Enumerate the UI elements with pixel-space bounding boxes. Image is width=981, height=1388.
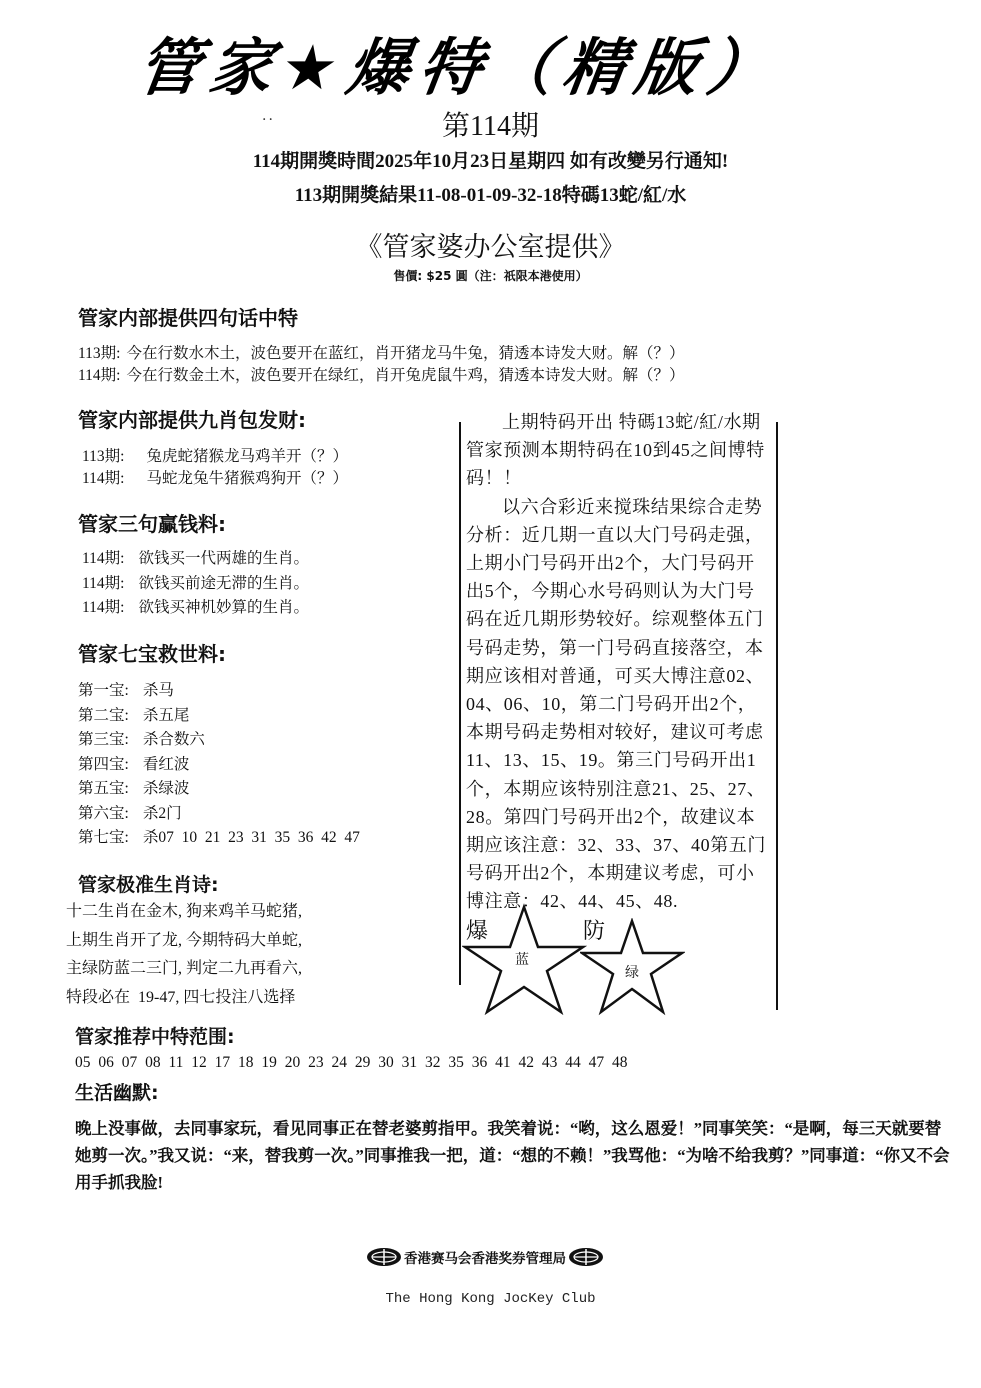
poem-line: 十二生肖在金木, 狗来鸡羊马蛇猪, bbox=[66, 898, 302, 927]
item-text: 今在行数水木土，波色要开在蓝红，肖开猪龙马牛兔，猜透本诗发大财。解（？） bbox=[126, 343, 684, 365]
item-text: 马蛇龙兔牛猪猴鸡狗开（？） bbox=[146, 468, 348, 490]
issue-label: 113期: bbox=[78, 343, 120, 365]
section-heading-three-lines: 管家三句赢钱料: bbox=[78, 508, 226, 537]
issue-label: 114期: bbox=[82, 468, 124, 490]
issue-label: 114期: bbox=[78, 365, 120, 387]
treasure-label: 第一宝: bbox=[78, 679, 129, 704]
analysis-text: 上期特码开出 特碼13蛇/紅/水期管家预测本期特码在10到45之间博特码！！ 以… bbox=[466, 408, 771, 916]
treasure-text: 看红波 bbox=[143, 753, 190, 778]
treasure-label: 第六宝: bbox=[78, 802, 129, 827]
section-heading-nine-zodiac: 管家内部提供九肖包发财: bbox=[78, 404, 306, 433]
section-heading-humor: 生活幽默: bbox=[75, 1078, 159, 1105]
recommended-numbers: 05 06 07 08 11 12 17 18 19 20 23 24 29 3… bbox=[75, 1054, 628, 1072]
footer-logo-row: 香港赛马会香港奖券管理局 bbox=[325, 1247, 645, 1267]
footer-org-en: The Hong Kong JocKey Club bbox=[0, 1291, 981, 1307]
four-lines-list: 113期: 今在行数水木土，波色要开在蓝红，肖开猪龙马牛兔，猜透本诗发大财。解（… bbox=[78, 343, 685, 387]
list-item: 第一宝: 杀马 bbox=[78, 679, 360, 704]
list-item: 第二宝: 杀五尾 bbox=[78, 704, 360, 729]
poem-line: 上期生肖开了龙, 今期特码大单蛇, bbox=[66, 927, 302, 956]
last-draw-result: 113期開獎結果11-08-01-09-32-18特碼13蛇/紅/水 bbox=[0, 180, 981, 207]
provider-title: 《管家婆办公室提供》 bbox=[0, 225, 981, 264]
fang-color: 绿 bbox=[625, 962, 639, 982]
item-text: 兔虎蛇猪猴龙马鸡羊开（？） bbox=[146, 446, 348, 468]
list-item: 114期: 今在行数金土木，波色要开在绿红，肖开兔虎鼠牛鸡，猜透本诗发大财。解（… bbox=[78, 365, 685, 387]
treasure-text: 杀2门 bbox=[143, 802, 182, 827]
list-item: 114期: 欲钱买神机妙算的生肖。 bbox=[82, 596, 309, 621]
list-item: 114期: 欲钱买一代两雄的生肖。 bbox=[82, 547, 309, 572]
treasure-label: 第五宝: bbox=[78, 777, 129, 802]
treasure-text: 杀07 10 21 23 31 35 36 42 47 bbox=[143, 826, 360, 851]
humor-text: 晚上没事做，去同事家玩，看见同事正在替老婆剪指甲。我笑着说：“哟，这么恩爱！”同… bbox=[75, 1115, 955, 1196]
poem-line: 主绿防蓝二三门, 判定二九再看六, bbox=[66, 955, 302, 984]
bao-color: 蓝 bbox=[515, 949, 529, 969]
draw-time-notice: 114期開獎時間2025年10月23日星期四 如有改變另行通知! bbox=[0, 146, 981, 173]
treasure-text: 杀合数六 bbox=[143, 728, 205, 753]
list-item: 114期: 马蛇龙兔牛猪猴鸡狗开（？） bbox=[82, 468, 348, 490]
issue-label: 114期: bbox=[82, 547, 124, 572]
list-item: 第六宝: 杀2门 bbox=[78, 802, 360, 827]
treasure-text: 杀马 bbox=[143, 679, 174, 704]
list-item: 113期: 兔虎蛇猪猴龙马鸡羊开（？） bbox=[82, 446, 348, 468]
treasure-label: 第三宝: bbox=[78, 728, 129, 753]
section-heading-range: 管家推荐中特范围: bbox=[75, 1022, 235, 1049]
treasure-label: 第四宝: bbox=[78, 753, 129, 778]
list-item: 第三宝: 杀合数六 bbox=[78, 728, 360, 753]
item-text: 欲钱买神机妙算的生肖。 bbox=[138, 596, 309, 621]
issue-label: 114期: bbox=[82, 572, 124, 597]
list-item: 第五宝: 杀绿波 bbox=[78, 777, 360, 802]
poem-line: 特段必在 19-47, 四七投注八选择 bbox=[66, 984, 302, 1013]
issue-number: 第114期 bbox=[0, 104, 981, 144]
analysis-paragraph-1: 上期特码开出 特碼13蛇/紅/水期管家预测本期特码在10到45之间博特码！！ bbox=[466, 408, 771, 493]
section-heading-poem: 管家极准生肖诗: bbox=[78, 870, 219, 897]
item-text: 今在行数金土木，波色要开在绿红，肖开兔虎鼠牛鸡，猜透本诗发大财。解（？） bbox=[126, 365, 684, 387]
treasure-label: 第二宝: bbox=[78, 704, 129, 729]
seven-treasures-list: 第一宝: 杀马 第二宝: 杀五尾 第三宝: 杀合数六 第四宝: 看红波 第五宝:… bbox=[78, 679, 360, 851]
jockey-club-emblem-icon bbox=[366, 1247, 402, 1267]
issue-label: 114期: bbox=[82, 596, 124, 621]
nine-zodiac-list: 113期: 兔虎蛇猪猴龙马鸡羊开（？） 114期: 马蛇龙兔牛猪猴鸡狗开（？） bbox=[82, 446, 348, 490]
list-item: 第四宝: 看红波 bbox=[78, 753, 360, 778]
footer-org-cn: 香港赛马会香港奖券管理局 bbox=[404, 1247, 566, 1267]
price-note: 售價: $25 圓（注：祇限本港使用） bbox=[0, 267, 981, 284]
zodiac-poem: 十二生肖在金木, 狗来鸡羊马蛇猪, 上期生肖开了龙, 今期特码大单蛇, 主绿防蓝… bbox=[66, 898, 302, 1012]
three-lines-list: 114期: 欲钱买一代两雄的生肖。 114期: 欲钱买前途无滞的生肖。 114期… bbox=[82, 547, 309, 621]
jockey-club-emblem-icon bbox=[568, 1247, 604, 1267]
list-item: 114期: 欲钱买前途无滞的生肖。 bbox=[82, 572, 309, 597]
page-title: 管家★爆特（精版） bbox=[132, 28, 823, 108]
list-item: 第七宝: 杀07 10 21 23 31 35 36 42 47 bbox=[78, 826, 360, 851]
issue-label: 113期: bbox=[82, 446, 124, 468]
treasure-text: 杀五尾 bbox=[143, 704, 190, 729]
item-text: 欲钱买前途无滞的生肖。 bbox=[138, 572, 309, 597]
analysis-paragraph-2: 以六合彩近来搅珠结果综合走势分析：近几期一直以大门号码走强，上期小门号码开出2个… bbox=[466, 493, 771, 916]
item-text: 欲钱买一代两雄的生肖。 bbox=[138, 547, 309, 572]
treasure-label: 第七宝: bbox=[78, 826, 129, 851]
section-heading-four-lines: 管家内部提供四句话中特 bbox=[78, 302, 298, 331]
section-heading-seven-treasures: 管家七宝救世料: bbox=[78, 638, 226, 667]
list-item: 113期: 今在行数水木土，波色要开在蓝红，肖开猪龙马牛兔，猜透本诗发大财。解（… bbox=[78, 343, 685, 365]
treasure-text: 杀绿波 bbox=[143, 777, 190, 802]
